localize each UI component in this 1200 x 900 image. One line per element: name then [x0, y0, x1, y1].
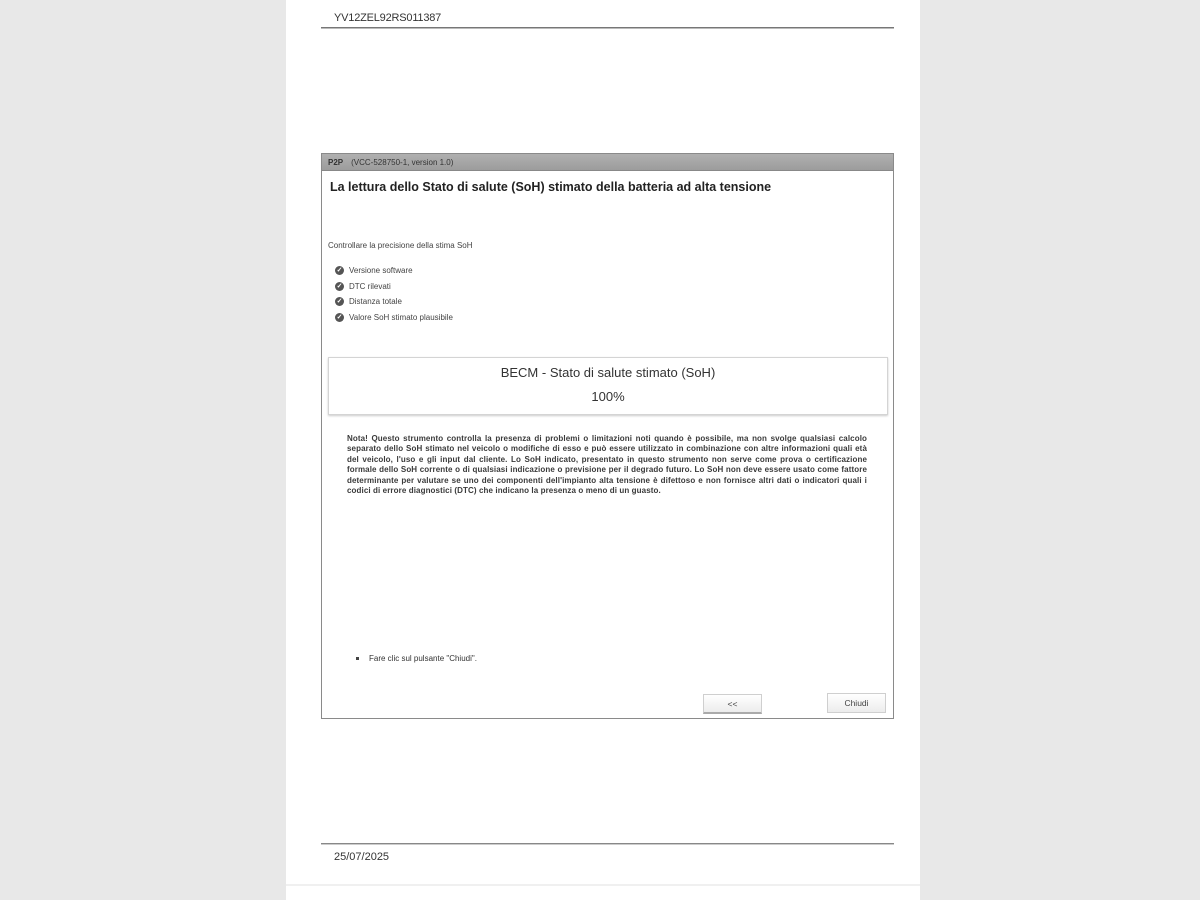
check-item: ✓ Valore SoH stimato plausibile: [335, 310, 453, 326]
instruction-text: Fare clic sul pulsante "Chiudi".: [369, 654, 477, 663]
check-label: Versione software: [349, 266, 413, 275]
soh-result-box: BECM - Stato di salute stimato (SoH) 100…: [328, 357, 888, 415]
back-button[interactable]: <<: [703, 694, 762, 714]
close-button[interactable]: Chiudi: [827, 693, 886, 713]
check-item: ✓ Distanza totale: [335, 294, 453, 310]
titlebar-tag: P2P: [328, 158, 343, 167]
check-label: Distanza totale: [349, 297, 402, 306]
page-edge: [286, 884, 920, 886]
header-divider: [321, 27, 894, 28]
bullet-icon: [356, 657, 359, 660]
check-item: ✓ Versione software: [335, 263, 453, 279]
check-circle-icon: ✓: [335, 297, 344, 306]
dialog-heading: La lettura dello Stato di salute (SoH) s…: [330, 180, 771, 194]
footer-divider: [321, 843, 894, 844]
titlebar-reference: (VCC-528750-1, version 1.0): [351, 158, 453, 167]
check-circle-icon: ✓: [335, 266, 344, 275]
disclaimer-note: Nota! Questo strumento controlla la pres…: [347, 434, 867, 496]
check-list: ✓ Versione software ✓ DTC rilevati ✓ Dis…: [335, 263, 453, 325]
soh-result-value: 100%: [329, 388, 887, 406]
instruction-item: Fare clic sul pulsante "Chiudi".: [356, 654, 477, 663]
check-item: ✓ DTC rilevati: [335, 279, 453, 295]
soh-dialog: P2P(VCC-528750-1, version 1.0) La lettur…: [321, 153, 894, 719]
vehicle-vin: YV12ZEL92RS011387: [334, 12, 441, 24]
dialog-titlebar: P2P(VCC-528750-1, version 1.0): [322, 154, 893, 171]
check-intro: Controllare la precisione della stima So…: [328, 241, 473, 250]
check-label: Valore SoH stimato plausibile: [349, 313, 453, 322]
check-circle-icon: ✓: [335, 282, 344, 291]
check-label: DTC rilevati: [349, 282, 391, 291]
soh-result-title: BECM - Stato di salute stimato (SoH): [329, 364, 887, 382]
footer-date: 25/07/2025: [334, 851, 389, 863]
check-circle-icon: ✓: [335, 313, 344, 322]
